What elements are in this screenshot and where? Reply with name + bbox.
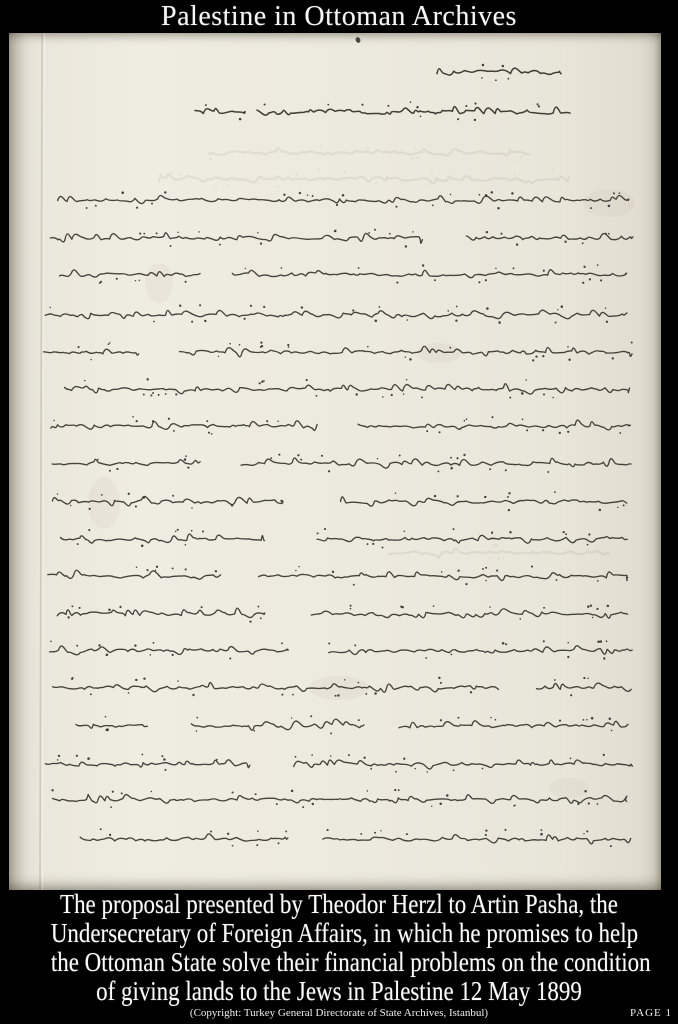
caption-block: The proposal presented by Theodor Herzl … (51, 890, 627, 1006)
screenshot-root: Palestine in Ottoman Archives The propos… (0, 0, 678, 1024)
caption-line-2: Undersecretary of Foreign Affairs, in wh… (51, 919, 627, 948)
copyright-text: (Copyright: Turkey General Directorate o… (0, 1004, 678, 1022)
page-title: Palestine in Ottoman Archives (0, 0, 678, 33)
title-band: Palestine in Ottoman Archives (0, 0, 678, 33)
archival-document-photo (9, 33, 661, 890)
page-number-label: PAGE 1 (630, 1004, 672, 1022)
manuscript-ink (9, 33, 661, 890)
footer: (Copyright: Turkey General Directorate o… (0, 1004, 678, 1024)
caption-line-4: of giving lands to the Jews in Palestine… (51, 977, 627, 1006)
caption-line-1: The proposal presented by Theodor Herzl … (51, 890, 627, 919)
caption-line-3: the Ottoman State solve their financial … (51, 948, 627, 977)
